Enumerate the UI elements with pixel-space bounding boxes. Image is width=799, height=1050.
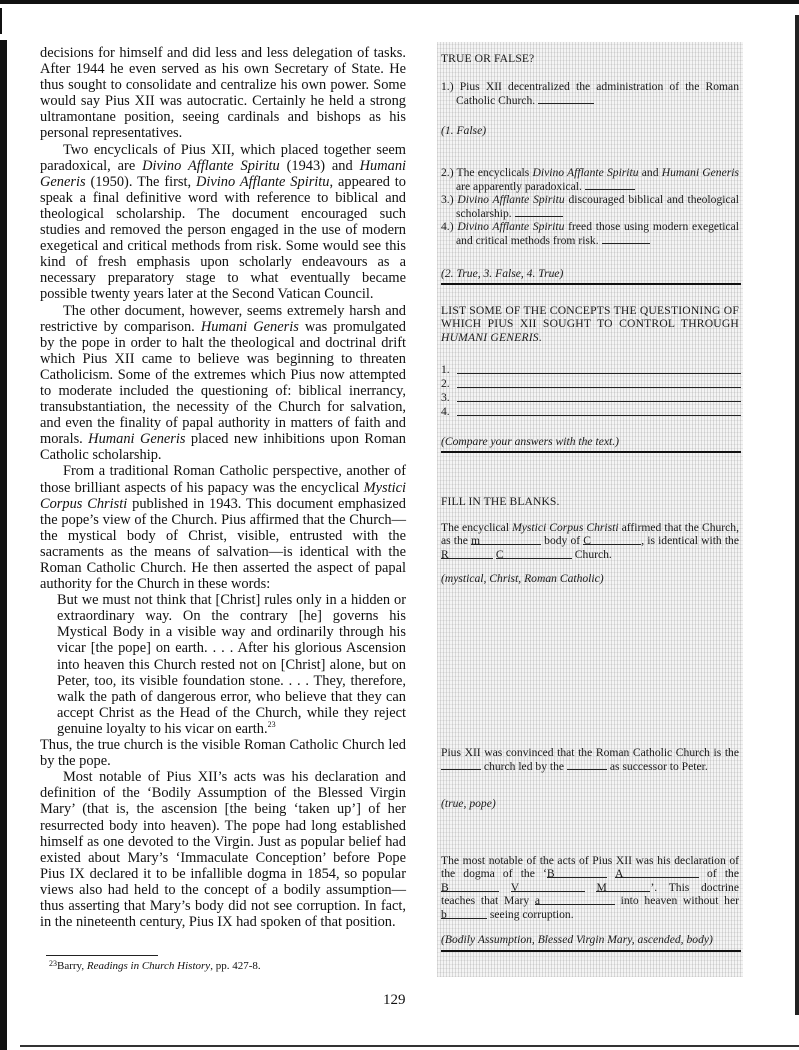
blank-mary[interactable]: M [596,881,650,892]
answer-blank[interactable] [602,233,650,244]
section-divider [441,950,741,952]
fill-in-answer-key-2: (true, pope) [441,797,496,810]
blank-assumption[interactable]: A [615,867,699,878]
list-answer-line-1[interactable]: 1. [441,363,741,376]
page-number: 129 [383,992,406,1009]
blank-body[interactable]: b [441,908,487,919]
question-4: 4.) Divino Afflante Spiritu freed those … [441,220,739,248]
scan-left-edge-mark [0,8,2,34]
fill-in-answer-key-3: (Bodily Assumption, Blessed Virgin Mary,… [441,933,713,946]
question-3: 3.) Divino Afflante Spiritu discouraged … [441,193,739,221]
blank-mystical[interactable]: m [471,534,541,545]
fill-in-answer-key-1: (mystical, Christ, Roman Catholic) [441,572,604,585]
scan-right-edge [795,15,799,1015]
block-quote: But we must not think that [Christ] rule… [57,592,406,737]
question-2: 2.) The encyclicals Divino Afflante Spir… [441,166,739,194]
blank-catholic[interactable]: C [496,548,572,559]
list-heading: LIST SOME OF THE CONCEPTS THE QUESTIONIN… [441,304,739,344]
answer-blank[interactable] [515,206,563,217]
true-false-heading: TRUE OR FALSE? [441,52,534,65]
blank-bodily[interactable]: B [547,867,607,878]
answer-blank[interactable] [538,93,594,104]
scan-bottom-edge [20,1045,799,1047]
fill-in-true-church: Pius XII was convinced that the Roman Ca… [441,746,739,774]
paragraph-assumption: Most notable of Pius XII’s acts was his … [40,769,406,930]
fill-in-mystici-corpus: The encyclical Mystici Corpus Christi af… [441,521,739,561]
blank-christ[interactable]: C [583,534,641,545]
footnote-divider [46,955,158,956]
list-answer-line-2[interactable]: 2. [441,377,741,390]
paragraph-two-encyclicals: Two encyclicals of Pius XII, which place… [40,142,406,303]
answer-key-1: (1. False) [441,124,486,137]
blank-blessed[interactable]: B [441,881,499,892]
fill-in-assumption: The most notable of the acts of Pius XII… [441,854,739,921]
scan-top-edge [0,0,799,4]
blank-pope[interactable] [567,759,607,770]
scan-left-edge [0,40,7,1050]
list-answer-line-3[interactable]: 3. [441,391,741,404]
paragraph-humani-generis: The other document, however, seems extre… [40,303,406,464]
blank-roman[interactable]: R [441,548,493,559]
fill-in-heading: FILL IN THE BLANKS. [441,495,559,508]
answer-blank[interactable] [585,179,635,190]
list-answer-key: (Compare your answers with the text.) [441,435,619,448]
answer-key-2-4: (2. True, 3. False, 4. True) [441,267,563,280]
list-answer-line-4[interactable]: 4. [441,405,741,418]
question-1: 1.) Pius XII decentralized the administr… [441,80,739,108]
blank-true[interactable] [441,759,481,770]
paragraph-mystici-corpus: From a traditional Roman Catholic perspe… [40,463,406,592]
blank-ascended[interactable]: a [535,894,615,905]
section-divider [441,283,741,285]
footnote-reference[interactable]: 23 [268,720,276,729]
section-divider [441,451,741,453]
body-text-column: decisions for himself and did less and l… [40,45,406,930]
study-questions-sidebar: TRUE OR FALSE? 1.) Pius XII decentralize… [437,42,743,977]
blank-virgin[interactable]: V [511,881,585,892]
paragraph-autocracy: decisions for himself and did less and l… [40,45,406,142]
paragraph-true-church: Thus, the true church is the visible Rom… [40,737,406,769]
footnote: 23Barry, Readings in Church History, pp.… [49,960,261,972]
